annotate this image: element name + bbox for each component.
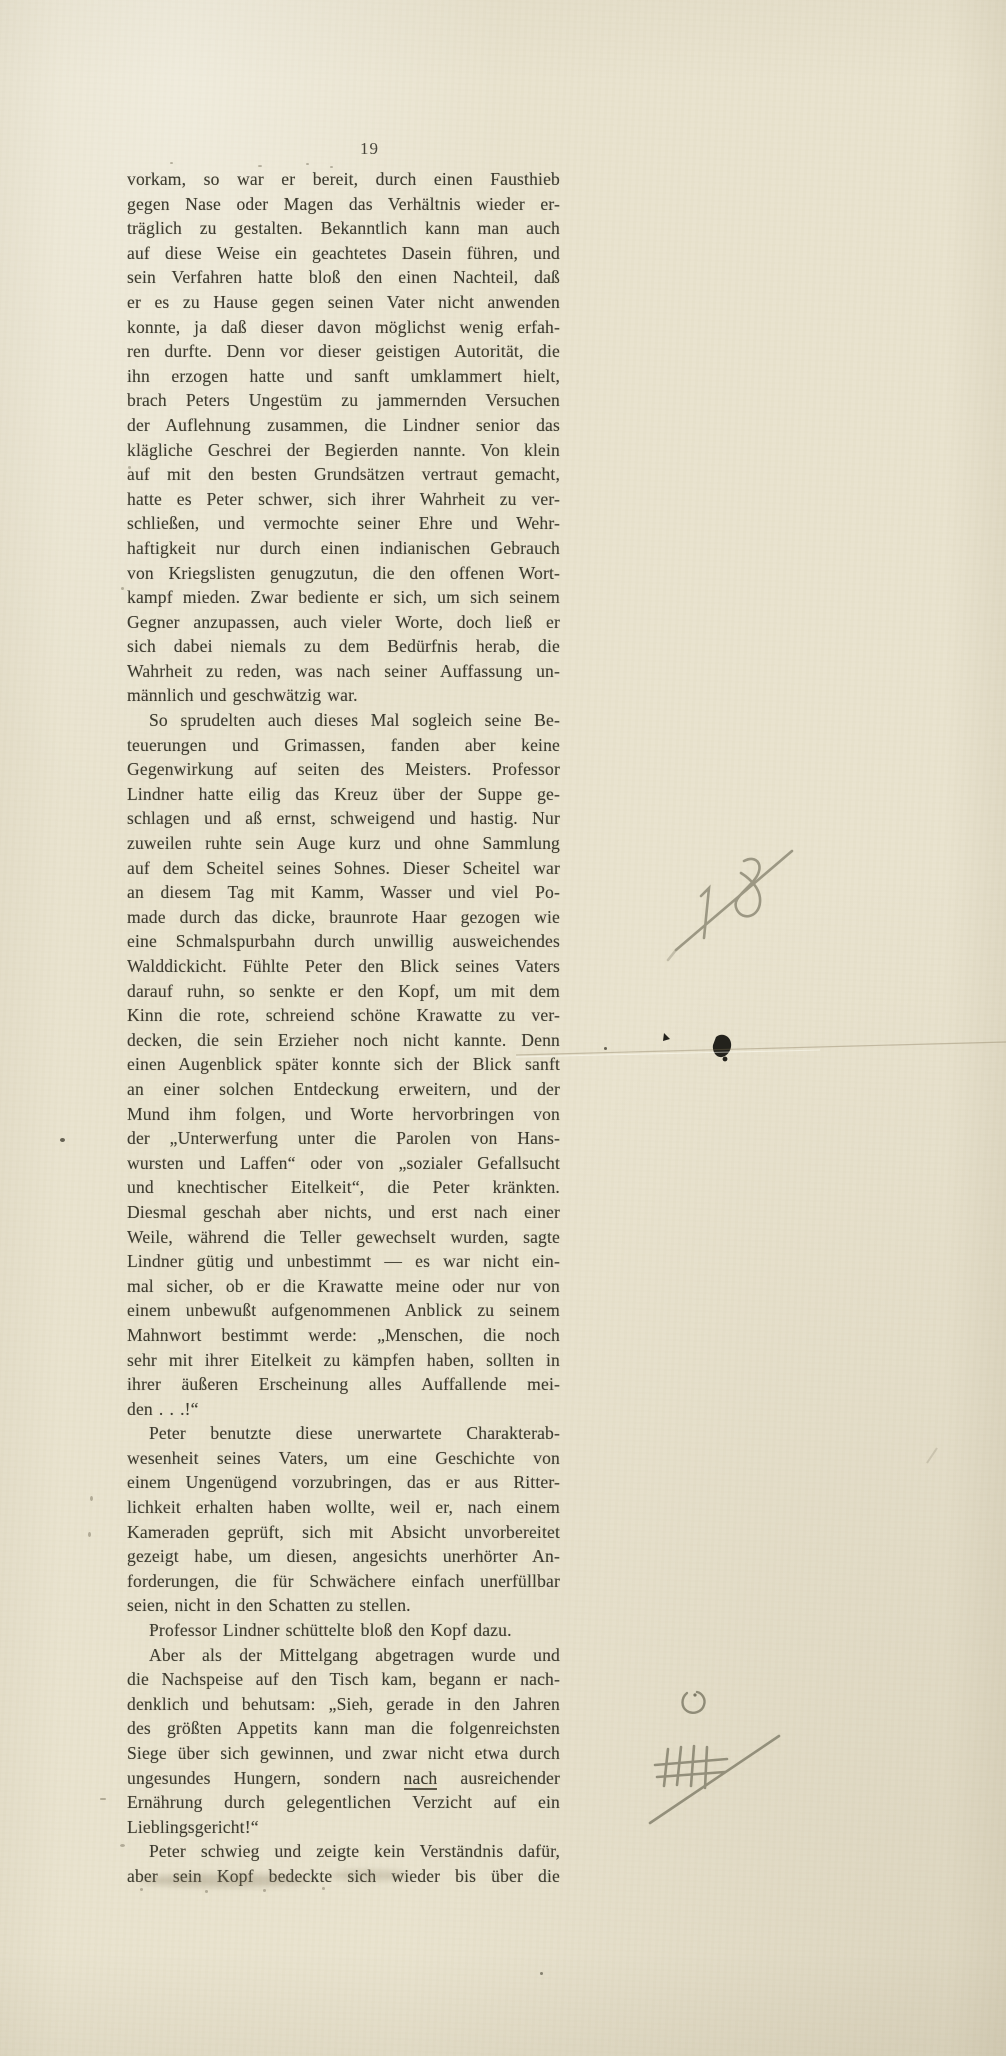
text-line: den . . .!“ (127, 1397, 560, 1422)
paper-speck (205, 1890, 208, 1893)
text-line: Wahrheit zu reden, was nach seiner Auffa… (127, 659, 560, 684)
text-line: einem Ungenügend vorzubringen, das er au… (127, 1470, 560, 1495)
text-line: der Auflehnung zusammen, die Lindner sen… (127, 413, 560, 438)
paper-speck (540, 1972, 543, 1975)
text-line: sein Verfahren hatte bloß den einen Nach… (127, 265, 560, 290)
text-line: Lieblingsgericht!“ (127, 1815, 560, 1840)
paper-speck (604, 1047, 607, 1050)
text-line: kampf mieden. Zwar bediente er sich, um … (127, 585, 560, 610)
text-line: er es zu Hause gegen seinen Vater nicht … (127, 290, 560, 315)
paper-speck (60, 1138, 65, 1142)
text-line: ihn erzogen hatte und sanft umklammert h… (127, 364, 560, 389)
text-line: Weile, während die Teller gewechselt wur… (127, 1225, 560, 1250)
crease-line-soft (516, 1050, 820, 1057)
paper-speck (121, 587, 124, 590)
text-line: Professor Lindner schüttelte bloß den Ko… (127, 1618, 560, 1643)
text-line: auf dem Scheitel seines Sohnes. Dieser S… (127, 856, 560, 881)
paper-speck (88, 1532, 91, 1537)
text-line: zuweilen ruhte sein Auge kurz und ohne S… (127, 831, 560, 856)
text-line: Gegner anzupassen, auch vieler Worte, do… (127, 610, 560, 635)
text-line: die Nachspeise auf den Tisch kam, begann… (127, 1667, 560, 1692)
paper-speck (120, 1844, 125, 1847)
crease-line (516, 1042, 1006, 1055)
text-line: Diesmal geschah aber nichts, und erst na… (127, 1200, 560, 1225)
text-line: auf mit den besten Grundsätzen vertraut … (127, 462, 560, 487)
text-line: gezeigt habe, um diesen, angesichts uner… (127, 1544, 560, 1569)
text-line: ungesundes Hungern, sondern nach ausreic… (127, 1766, 560, 1791)
text-line: hatte es Peter schwer, sich ihrer Wahrhe… (127, 487, 560, 512)
text-line: So sprudelten auch dieses Mal sogleich s… (127, 708, 560, 733)
text-line: Lindner gütig und unbestimmt — es war ni… (127, 1249, 560, 1274)
scan-smudge (330, 1870, 410, 1881)
faint-pencil-slash (927, 1448, 937, 1463)
paper-speck (90, 1496, 93, 1501)
text-line: mal sicher, ob er die Krawatte meine ode… (127, 1274, 560, 1299)
text-line: einen Augenblick später konnte sich der … (127, 1052, 560, 1077)
scan-smudge (140, 1874, 310, 1887)
text-line: von Kriegslisten genugzutun, die den off… (127, 561, 560, 586)
text-line: des größten Appetits kann man die folgen… (127, 1716, 560, 1741)
text-line: vorkam, so war er bereit, durch einen Fa… (127, 167, 560, 192)
paper-speck (100, 1798, 106, 1800)
text-line: an diesem Tag mit Kamm, Wasser und viel … (127, 880, 560, 905)
text-line: und knechtischer Eitelkeit“, die Peter k… (127, 1175, 560, 1200)
paper-speck (150, 1627, 156, 1629)
text-line: einem unbewußt aufgenommenen Anblick zu … (127, 1298, 560, 1323)
text-line: Mund ihm folgen, und Worte hervorbringen… (127, 1102, 560, 1127)
text-line: Ernährung durch gelegentlichen Verzicht … (127, 1790, 560, 1815)
text-line: gegen Nase oder Magen das Verhältnis wie… (127, 192, 560, 217)
underlined-word: nach (404, 1768, 438, 1790)
ink-blot (663, 1033, 731, 1061)
text-line: klägliche Geschrei der Begierden nannte.… (127, 438, 560, 463)
text-line: Peter benutzte diese unerwartete Charakt… (127, 1421, 560, 1446)
text-line: Kameraden geprüft, sich mit Absicht unvo… (127, 1520, 560, 1545)
paper-speck (322, 1887, 325, 1890)
pencil-tally-scribble (650, 1736, 779, 1823)
text-line: träglich zu gestalten. Bekanntlich kann … (127, 216, 560, 241)
text-line: Aber als der Mittelgang abgetragen wurde… (127, 1643, 560, 1668)
text-line: wursten und Laffen“ oder von „sozialer G… (127, 1151, 560, 1176)
text-line: Mahnwort bestimmt werde: „Menschen, die … (127, 1323, 560, 1348)
pencil-crossed-number-18 (668, 851, 792, 960)
text-line: haftigkeit nur durch einen indianischen … (127, 536, 560, 561)
paper-speck (170, 162, 173, 164)
paper-speck (258, 165, 262, 167)
text-line: decken, die sein Erzieher noch nicht kan… (127, 1028, 560, 1053)
text-line: schlagen und aß ernst, schweigend und ha… (127, 806, 560, 831)
paper-speck (330, 166, 333, 168)
text-line: Peter schwieg und zeigte kein Verständni… (127, 1839, 560, 1864)
text-line: männlich und geschwätzig war. (127, 683, 560, 708)
text-line: Walddickicht. Fühlte Peter den Blick sei… (127, 954, 560, 979)
text-line: Kinn die rote, schreiend schöne Krawatte… (127, 1003, 560, 1028)
text-line: ihrer äußeren Erscheinung alles Auffalle… (127, 1372, 560, 1397)
text-line: schließen, und vermochte seiner Ehre und… (127, 511, 560, 536)
paper-speck (128, 466, 131, 469)
text-line: darauf ruhn, so senkte er den Kopf, um m… (127, 979, 560, 1004)
book-page: 19 vorkam, so war er bereit, durch einen… (0, 0, 1006, 2056)
page-number: 19 (360, 139, 400, 159)
text-line: ren durfte. Denn vor dieser geistigen Au… (127, 339, 560, 364)
text-block: vorkam, so war er bereit, durch einen Fa… (127, 167, 560, 1889)
text-line: Lindner hatte eilig das Kreuz über der S… (127, 782, 560, 807)
paper-speck (306, 163, 309, 165)
paper-speck (263, 1889, 266, 1892)
text-line: an einer solchen Entdeckung erweitern, u… (127, 1077, 560, 1102)
paper-speck (140, 1888, 143, 1891)
text-line: brach Peters Ungestüm zu jammernden Vers… (127, 388, 560, 413)
text-line: auf diese Weise ein geachtetes Dasein fü… (127, 241, 560, 266)
text-line: eine Schmalspurbahn durch unwillig auswe… (127, 929, 560, 954)
text-line: konnte, ja daß dieser davon möglichst we… (127, 315, 560, 340)
text-line: seien, nicht in den Schatten zu stellen. (127, 1593, 560, 1618)
text-line: denklich und behutsam: „Sieh, gerade in … (127, 1692, 560, 1717)
text-line: sehr mit ihrer Eitelkeit zu kämpfen habe… (127, 1348, 560, 1373)
text-line: lichkeit erhalten haben wollte, weil er,… (127, 1495, 560, 1520)
text-line: forderungen, die für Schwächere einfach … (127, 1569, 560, 1594)
text-line: sich dabei niemals zu dem Bedürfnis hera… (127, 634, 560, 659)
text-line: teuerungen und Grimassen, fanden aber ke… (127, 733, 560, 758)
text-line: Siege über sich gewinnen, und zwar nicht… (127, 1741, 560, 1766)
text-line: Gegenwirkung auf seiten des Meisters. Pr… (127, 757, 560, 782)
text-line: der „Unterwerfung unter die Parolen von … (127, 1126, 560, 1151)
text-line: wesenheit seines Vaters, um eine Geschic… (127, 1446, 560, 1471)
pencil-circle-doodle (683, 1692, 705, 1713)
text-line: made durch das dicke, braunrote Haar gez… (127, 905, 560, 930)
